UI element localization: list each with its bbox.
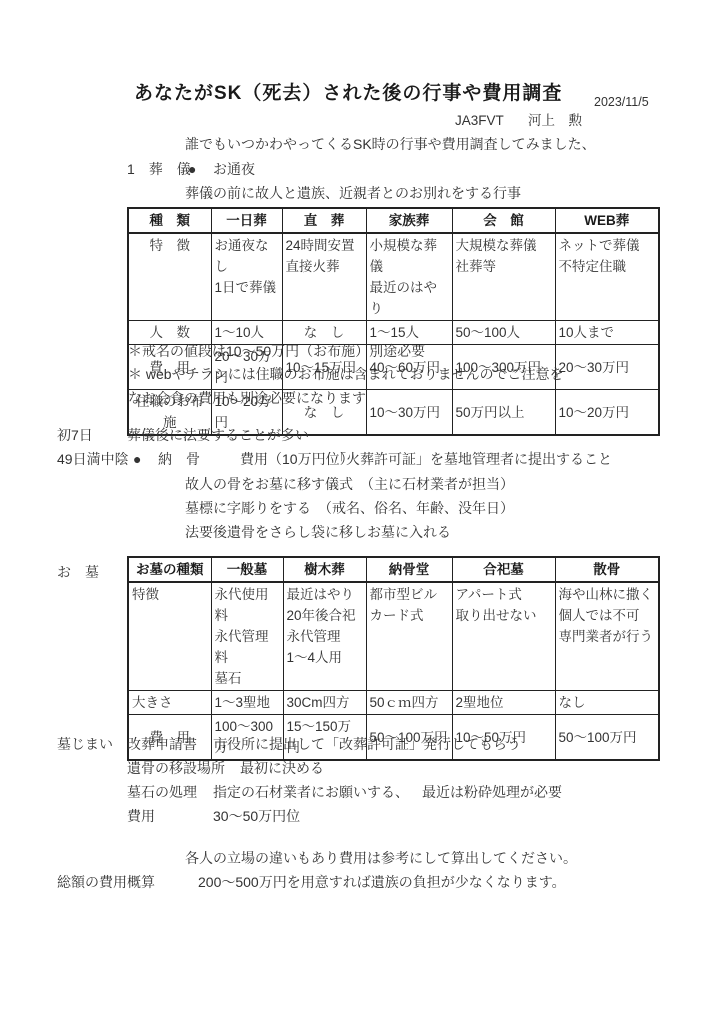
table-cell: 50〜100人 xyxy=(452,321,555,345)
note-web: ＊ webやチラシには住職のお布施は含まれておりませんのでご注意を xyxy=(128,364,564,384)
table-cell: ネットで葬儀 不特定住職 xyxy=(555,233,659,321)
section1-description: 葬儀の前に故人と遺族、近親者とのお別れをする行事 xyxy=(185,183,521,203)
table-cell: 10〜30万円 xyxy=(366,390,452,436)
day7-label: 初7日 xyxy=(57,425,93,445)
closing-section-label: 墓じまい xyxy=(57,734,113,754)
closing-note: 最近は粉砕処理が必要 xyxy=(422,782,562,802)
document-date: 2023/11/5 xyxy=(594,92,649,112)
section1-heading: 1 葬 儀 xyxy=(127,159,191,179)
col-header: WEB葬 xyxy=(555,208,659,233)
memorial-line: 墓標に字彫りをする （戒名、俗名、年齢、没年日） xyxy=(185,498,514,518)
funeral-table-header-row: 種 類 一日葬 直 葬 家族葬 会 館 WEB葬 xyxy=(128,208,659,233)
col-header: 会 館 xyxy=(452,208,555,233)
col-header: 一日葬 xyxy=(211,208,282,233)
closing-term: 費用 xyxy=(127,806,155,826)
summary-note: 各人の立場の違いもあり費用は参考にして算出してください。 xyxy=(185,848,577,868)
table-cell: 海や山林に撒く 個人では不可 専門業者が行う xyxy=(555,582,659,691)
col-header: 樹木葬 xyxy=(283,557,366,582)
grave-section-label: お 墓 xyxy=(57,562,99,582)
col-header: お墓の種類 xyxy=(128,557,211,582)
grave-table-header-row: お墓の種類 一般墓 樹木葬 納骨堂 合祀墓 散骨 xyxy=(128,557,659,582)
col-header: 合祀墓 xyxy=(452,557,555,582)
col-header: 直 葬 xyxy=(282,208,366,233)
day7-text: 葬儀後に法要することが多い xyxy=(127,425,309,445)
total-text: 200〜500万円を用意すれば遺族の負担が少なくなります。 xyxy=(198,872,566,892)
table-cell: 永代使用料 永代管理料 墓石 xyxy=(211,582,283,691)
table-cell: 小規模な葬儀 最近のはやり xyxy=(366,233,452,321)
col-header: 種 類 xyxy=(128,208,211,233)
day49-note: 「火葬許可証」を墓地管理者に提出すること xyxy=(332,449,612,469)
col-header: 家族葬 xyxy=(366,208,452,233)
table-cell: お通夜なし 1日で葬儀 xyxy=(211,233,282,321)
table-cell: 50〜100万円 xyxy=(555,715,659,761)
closing-term: 墓石の処理 xyxy=(127,782,197,802)
note-kaimyo: ＊戒名の値段は10〜50万円（お布施）別途必要 xyxy=(128,341,425,361)
closing-text: 最初に決める xyxy=(240,758,324,778)
table-cell: 10〜20万円 xyxy=(555,390,659,436)
intro-text: 誰でもいつかわやってくるSK時の行事や費用調査してみました、 xyxy=(185,134,596,154)
closing-term: 遺骨の移設場所 xyxy=(127,758,225,778)
closing-text: 市役所に提出して「改葬許可証」発行してもらう xyxy=(213,734,521,754)
author-name: 河上 勲 xyxy=(528,111,582,131)
table-cell: なし xyxy=(555,691,659,715)
table-cell: 30Cm四方 xyxy=(283,691,366,715)
total-label: 総額の費用概算 xyxy=(57,872,155,892)
grave-table: お墓の種類 一般墓 樹木葬 納骨堂 合祀墓 散骨 特徴 永代使用料 永代管理料 … xyxy=(127,556,660,761)
document-page: あなたがSK（死去）された後の行事や費用調査 2023/11/5 JA3FVT … xyxy=(0,0,723,1024)
table-cell: 大規模な葬儀 社葬等 xyxy=(452,233,555,321)
table-cell: 20〜30万円 xyxy=(555,345,659,390)
day49-label: 49日満中陰 xyxy=(57,449,129,469)
table-row: 特 徴 お通夜なし 1日で葬儀 24時間安置 直接火葬 小規模な葬儀 最近のはや… xyxy=(128,233,659,321)
table-row: 大きさ 1〜3聖地 30Cm四方 50ｃｍ四方 2聖地位 なし xyxy=(128,691,659,715)
table-cell: 10人まで xyxy=(555,321,659,345)
memorial-line: 法要後遺骨をさらし袋に移しお墓に入れる xyxy=(185,522,451,542)
table-cell: 最近はやり 20年後合祀 永代管理 1〜4人用 xyxy=(283,582,366,691)
table-cell: 24時間安置 直接火葬 xyxy=(282,233,366,321)
table-row: 特徴 永代使用料 永代管理料 墓石 最近はやり 20年後合祀 永代管理 1〜4人… xyxy=(128,582,659,691)
table-cell: 1〜3聖地 xyxy=(211,691,283,715)
day49-item: 納 骨 xyxy=(158,449,200,469)
memorial-line: 故人の骨をお墓に移す儀式 （主に石材業者が担当） xyxy=(185,474,514,494)
bullet-icon: ● xyxy=(133,449,141,469)
author-callsign: JA3FVT xyxy=(455,111,504,131)
table-cell: 50ｃｍ四方 xyxy=(366,691,452,715)
table-cell: 都市型ビル カード式 xyxy=(366,582,452,691)
bullet-icon: ● xyxy=(188,159,196,179)
page-title: あなたがSK（死去）された後の行事や費用調査 xyxy=(134,84,562,104)
note-meal: なお会食の費用も別途必要になります xyxy=(128,388,366,408)
row-label: 特徴 xyxy=(128,582,211,691)
closing-term: 改葬申請書 xyxy=(127,734,197,754)
col-header: 散骨 xyxy=(555,557,659,582)
table-cell: アパート式 取り出せない xyxy=(452,582,555,691)
table-cell: 2聖地位 xyxy=(452,691,555,715)
section1-subheading: お通夜 xyxy=(213,159,255,179)
col-header: 納骨堂 xyxy=(366,557,452,582)
row-label: 特 徴 xyxy=(128,233,211,321)
closing-text: 30〜50万円位 xyxy=(213,806,300,826)
table-cell: 50万円以上 xyxy=(452,390,555,436)
row-label: 大きさ xyxy=(128,691,211,715)
col-header: 一般墓 xyxy=(211,557,283,582)
closing-text: 指定の石材業者にお願いする、 xyxy=(213,782,409,802)
